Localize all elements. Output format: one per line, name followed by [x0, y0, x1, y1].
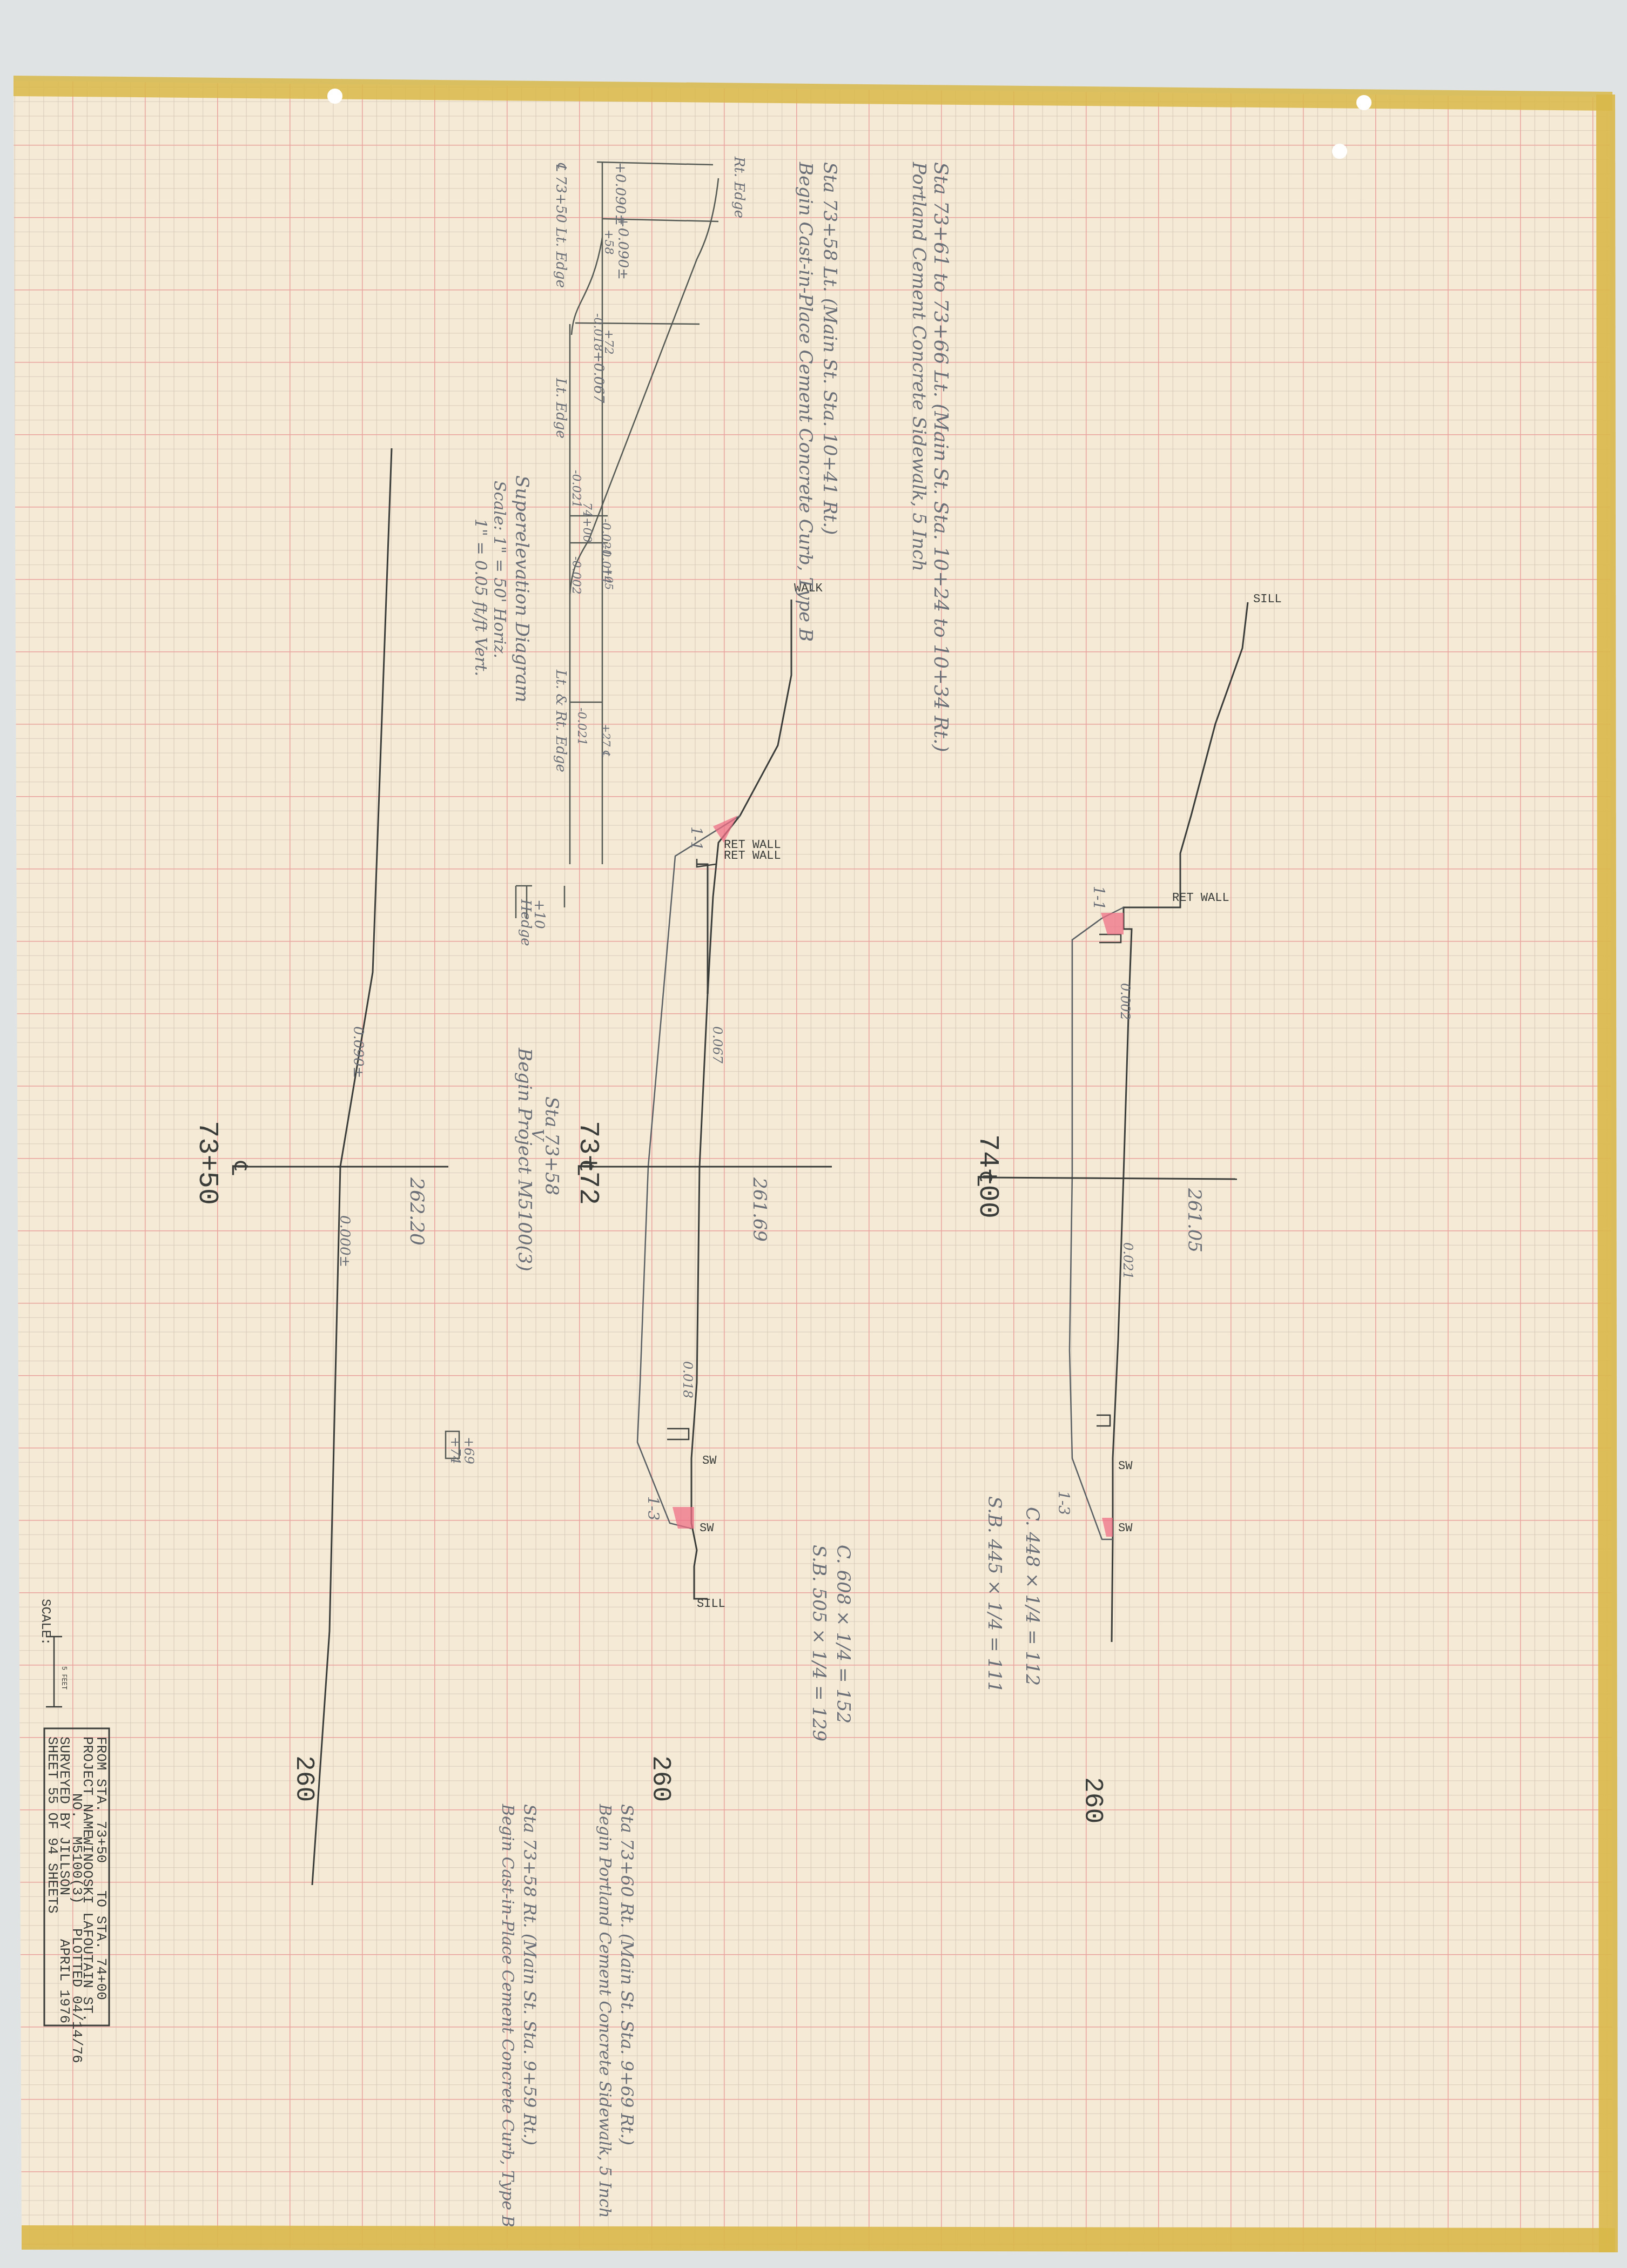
right-tape [1596, 95, 1618, 2252]
begin-project-station: Sta 73+58 [541, 1096, 562, 1195]
datum-label: 260 [289, 1755, 318, 1802]
sidewalk-description: Portland Cement Concrete Sidewalk, 5 Inc… [908, 161, 930, 571]
value-label: -0.002 [569, 556, 583, 594]
centerline-symbol: ℄ [971, 1172, 995, 1186]
station-offset: +05 [602, 567, 615, 590]
station-offset: +27 ℄ [600, 724, 613, 758]
punch-hole [1356, 95, 1371, 110]
sidewalk-label: SW [1118, 1459, 1133, 1473]
value-label: +0.090± [615, 216, 631, 280]
punch-hole [327, 89, 342, 104]
sheet-number: SHEET 55 OF 94 SHEETS [44, 1737, 60, 1914]
sidewalk-calculation: S.B. 505 × 1/4 = 129 [808, 1545, 830, 1741]
scale-unit: 5 FEET [60, 1666, 68, 1690]
sill-label: SILL [1253, 593, 1282, 606]
rt-curb-description: Begin Cast-in-Place Cement Concrete Curb… [498, 1803, 517, 2227]
cross-section-sheet: 73+50 ℄ 262.20 0.090± 0.000± 260 ℄ 73+50… [0, 0, 1627, 2268]
station-offset: 74+00 [580, 502, 594, 542]
punch-hole [1332, 144, 1347, 159]
grade-top: 0.090± [350, 1026, 366, 1078]
grade-value: 0.002 [1118, 983, 1133, 1020]
elevation-value: 261.69 [749, 1177, 770, 1242]
scale-label: SCALE: [38, 1599, 52, 1645]
grade-value: 0.021 [1120, 1242, 1135, 1280]
ret-wall-label: RET WALL [724, 849, 781, 863]
value-label: -0.021 [575, 708, 588, 745]
centerline-symbol: ℄ [571, 1161, 595, 1175]
centerline-symbol: ℄ [225, 1161, 250, 1175]
hedge-label: Hedge [517, 899, 534, 946]
elevation-value: 261.05 [1184, 1188, 1205, 1253]
lt-rt-edge-label: Lt. & Rt. Edge [553, 669, 569, 772]
lt-edge-label: Lt. Edge [553, 378, 569, 439]
slope-ratio: 1-3 [1055, 1491, 1073, 1515]
slope-ratio: 1-3 [644, 1496, 662, 1520]
hedge-label: +74 [448, 1437, 463, 1464]
diagram-title: Superelevation Diagram [511, 475, 533, 703]
sill-label: SILL [697, 1597, 725, 1611]
rt-sidewalk-note: Sta 73+60 Rt. (Main St. Sta. 9+69 Rt.) [617, 1804, 637, 2145]
datum-label: 260 [1078, 1777, 1107, 1823]
rt-sidewalk-description: Begin Portland Cement Concrete Sidewalk,… [595, 1803, 614, 2218]
grade-value: 0.018 [680, 1361, 695, 1398]
ret-wall-label: RET WALL [1172, 891, 1229, 905]
hedge-offset: +69 [461, 1437, 476, 1464]
station-offset: +72 [602, 329, 615, 354]
station-offset: +58 [602, 230, 615, 254]
rt-curb-note: Sta 73+58 Rt. (Main St. Sta. 9+59 Rt.) [520, 1804, 540, 2145]
sidewalk-label: SW [1118, 1522, 1133, 1535]
vertical-scale: 1" = 0.05 ft/ft Vert. [471, 519, 490, 676]
survey-date: APRIL 1976 [56, 1939, 72, 2023]
grade-bottom: 0.000± [337, 1215, 353, 1267]
elevation-value: 262.20 [406, 1177, 428, 1246]
begin-project-note: Begin Project M5100(3) [514, 1047, 535, 1271]
cl-edge-label: ℄ 73+50 Lt. Edge [553, 162, 569, 288]
datum-label: 260 [646, 1755, 675, 1802]
sidewalk-calculation: S.B. 445 × 1/4 = 111 [984, 1496, 1005, 1693]
grade-value: 0.067 [710, 1026, 725, 1064]
slope-ratio: 1-1 [1090, 886, 1108, 910]
slope-ratio: 1-1 [688, 826, 705, 851]
sidewalk-range-note: Sta 73+61 to 73+66 Lt. (Main St. Sta. 10… [930, 162, 952, 752]
project-name-label: PROJECT NAME [79, 1737, 96, 1838]
value-label: +0.067 [590, 351, 607, 403]
station-label: 73+50 [191, 1121, 223, 1205]
rt-edge-label: Rt. Edge [731, 156, 747, 218]
horizontal-scale: Scale: 1" = 50' Horiz. [490, 481, 509, 658]
bottom-tape [22, 2225, 1615, 2252]
curb-calculation: C. 448 × 1/4 = 112 [1021, 1507, 1043, 1686]
sidewalk-label: SW [700, 1522, 714, 1535]
curb-start-note: Sta 73+58 Lt. (Main St. Sta. 10+41 Rt.) [819, 162, 841, 535]
curb-description: Begin Cast-in-Place Cement Concrete Curb… [795, 161, 816, 642]
sidewalk-label: SW [702, 1454, 717, 1468]
curb-calculation: C. 608 × 1/4 = 152 [832, 1545, 854, 1724]
